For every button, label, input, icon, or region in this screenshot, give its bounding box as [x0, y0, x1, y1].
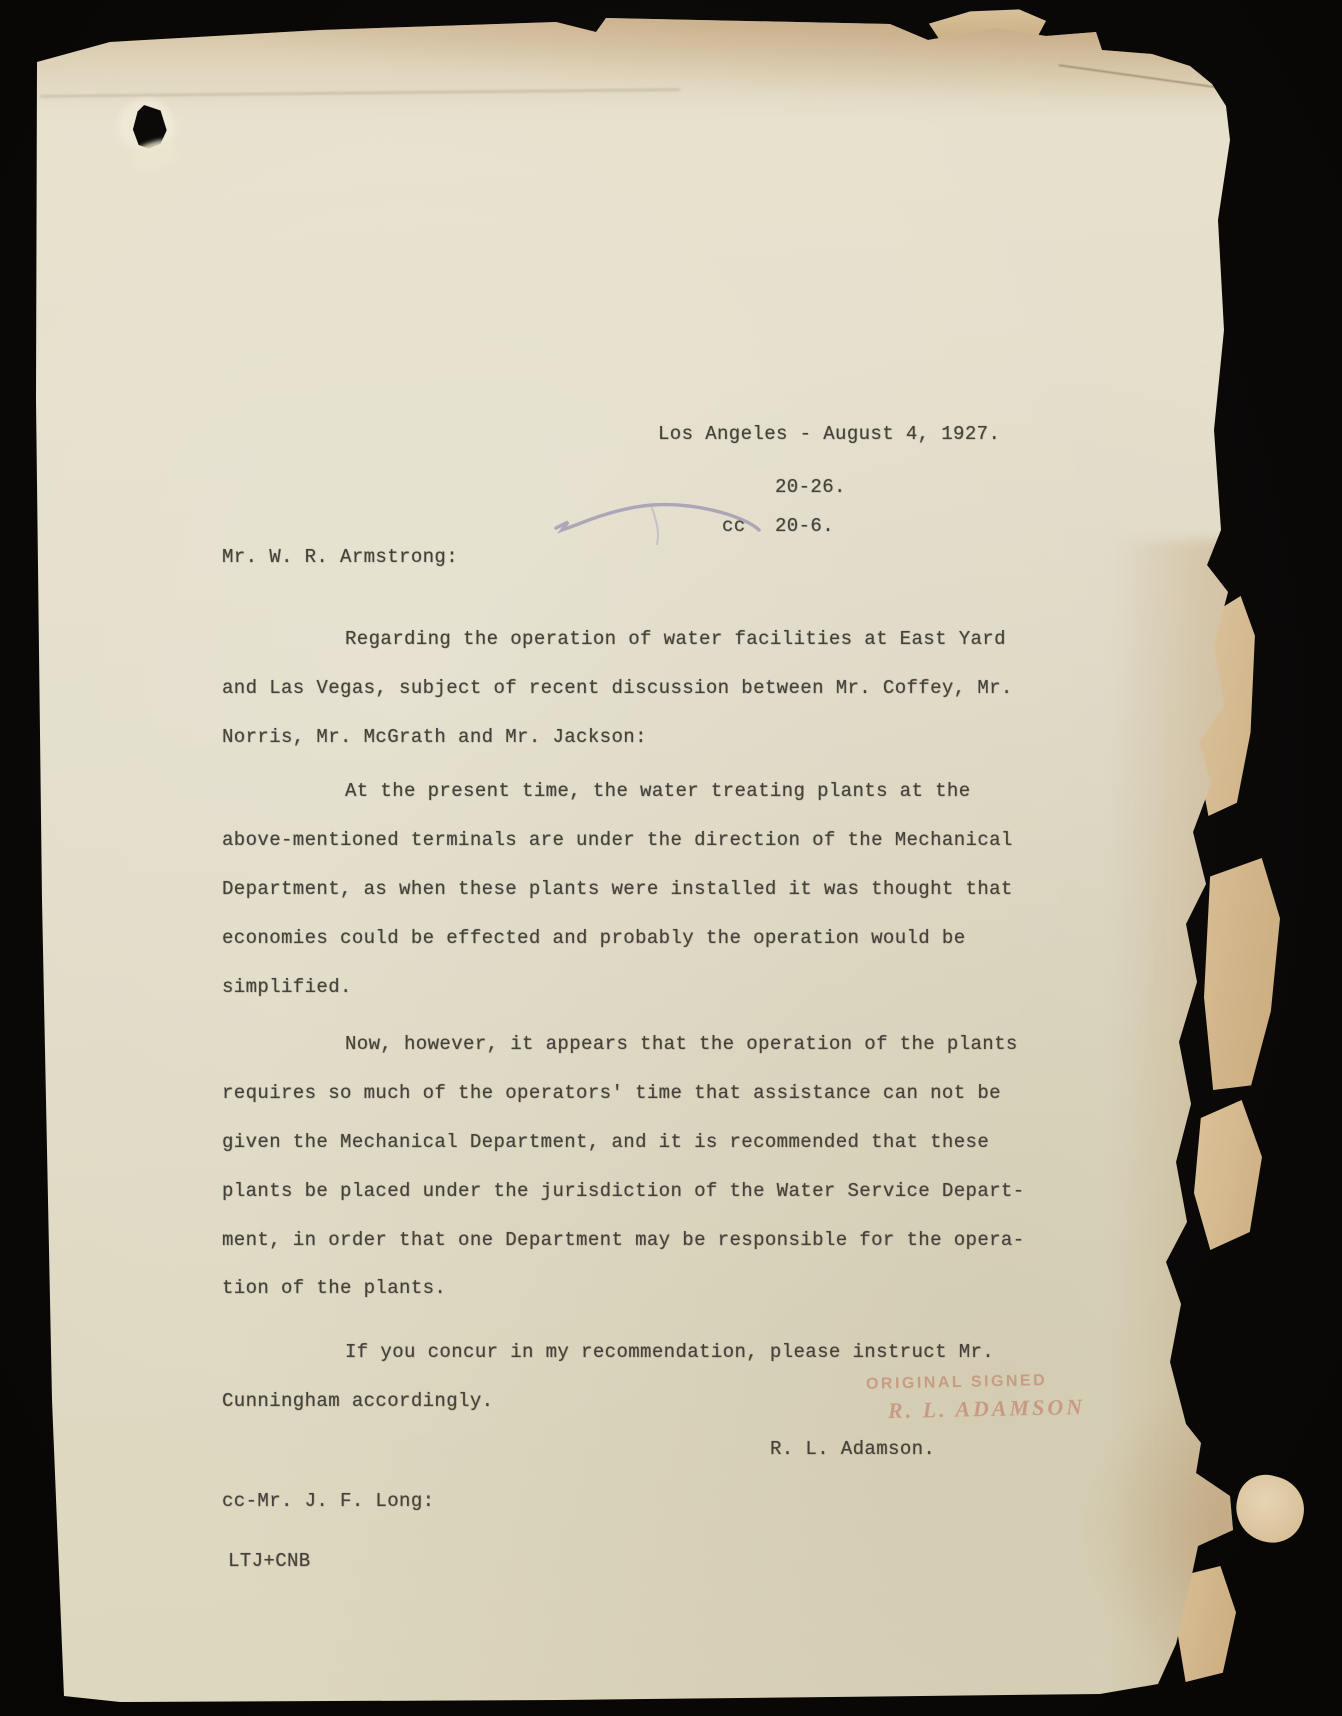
letter-body: Regarding the operation of water facilit… [222, 628, 1042, 1439]
typist-initials: LTJ+CNB [228, 1550, 311, 1572]
dateline: Los Angeles - August 4, 1927. [658, 423, 1000, 445]
torn-fragment [1194, 1100, 1262, 1250]
original-signed-stamp: ORIGINAL SIGNED [866, 1372, 1048, 1394]
body-line: simplified. [222, 976, 1042, 1025]
body-line: ment, in order that one Department may b… [222, 1229, 1042, 1278]
body-line: Department, as when these plants were in… [222, 878, 1042, 927]
body-line: given the Mechanical Department, and it … [222, 1131, 1042, 1180]
body-line: tion of the plants. [222, 1277, 1042, 1326]
body-line: above-mentioned terminals are under the … [222, 829, 1042, 878]
typed-signature: R. L. Adamson. [770, 1438, 935, 1460]
body-line: economies could be effected and probably… [222, 927, 1042, 976]
paper-sheet: Los Angeles - August 4, 1927. 20-26. cc … [0, 0, 1342, 1716]
pencil-scribble [548, 492, 788, 552]
body-line: Norris, Mr. McGrath and Mr. Jackson: [222, 726, 1042, 775]
body-line: Now, however, it appears that the operat… [222, 1033, 1042, 1082]
browned-top-edge [0, 0, 1342, 120]
torn-fragment [1204, 858, 1280, 1090]
body-line: and Las Vegas, subject of recent discuss… [222, 677, 1042, 726]
salutation: Mr. W. R. Armstrong: [222, 546, 458, 568]
body-line: plants be placed under the jurisdiction … [222, 1180, 1042, 1229]
body-line: Regarding the operation of water facilit… [222, 628, 1042, 677]
scanned-letter-page: Los Angeles - August 4, 1927. 20-26. cc … [0, 0, 1342, 1716]
body-line: requires so much of the operators' time … [222, 1082, 1042, 1131]
cc-note: cc-Mr. J. F. Long: [222, 1490, 434, 1512]
body-line: At the present time, the water treating … [222, 780, 1042, 829]
torn-fragment [1229, 1469, 1311, 1549]
stamp-signature: R. L. ADAMSON [888, 1394, 1086, 1424]
